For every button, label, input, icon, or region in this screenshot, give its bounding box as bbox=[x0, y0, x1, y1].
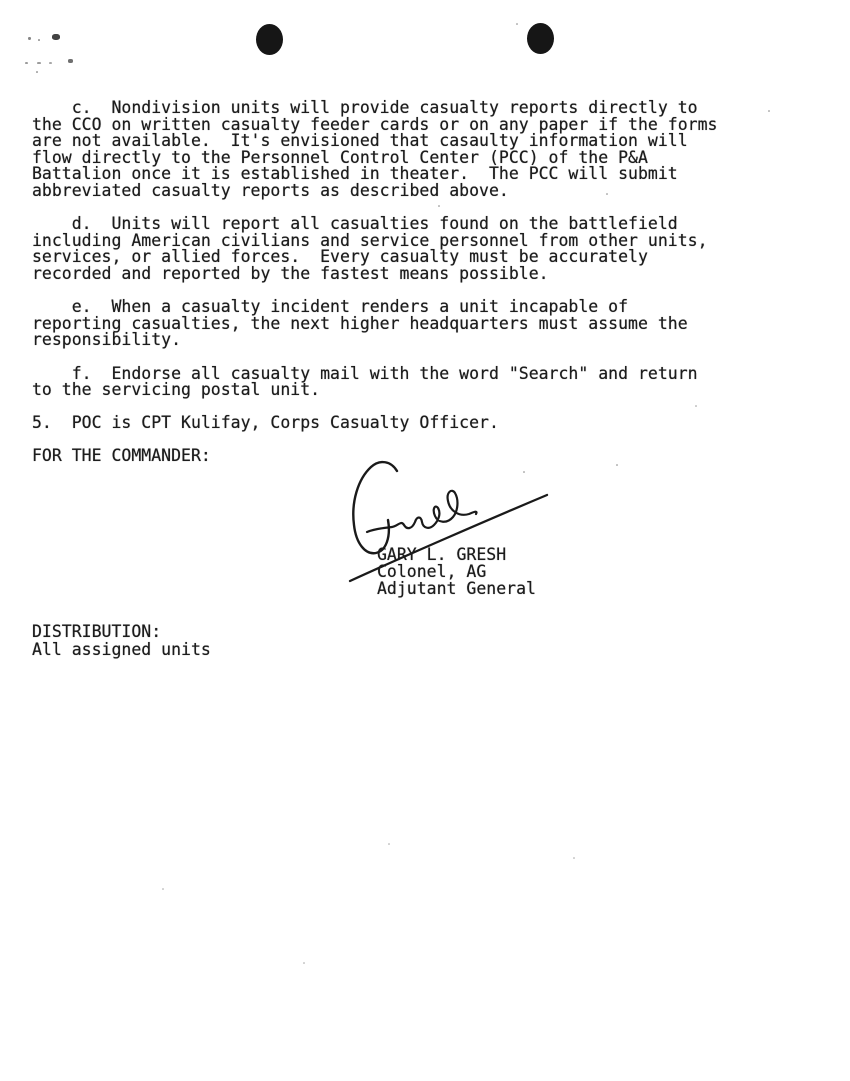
paragraph-d: d. Units will report all casualties foun… bbox=[32, 216, 792, 282]
scan-speck bbox=[162, 888, 164, 890]
scan-speck bbox=[516, 23, 518, 25]
signer-title: Adjutant General bbox=[377, 580, 536, 597]
scan-speck bbox=[573, 857, 575, 859]
document-body: c. Nondivision units will provide casual… bbox=[32, 100, 792, 465]
scan-speck bbox=[28, 37, 31, 40]
scan-speck bbox=[303, 962, 305, 964]
scan-speck bbox=[37, 62, 41, 64]
hole-punch-icon bbox=[527, 23, 554, 54]
paragraph-e: e. When a casualty incident renders a un… bbox=[32, 299, 792, 349]
hole-punch-icon bbox=[256, 24, 283, 55]
distribution-recipients: All assigned units bbox=[32, 641, 211, 659]
signer-rank: Colonel, AG bbox=[377, 563, 536, 580]
scan-speck bbox=[49, 62, 52, 64]
signer-name: GARY L. GRESH bbox=[377, 546, 536, 563]
scanned-document-page: c. Nondivision units will provide casual… bbox=[0, 0, 850, 1081]
scan-speck bbox=[388, 843, 390, 845]
scan-speck bbox=[38, 39, 40, 41]
poc-line: 5. POC is CPT Kulifay, Corps Casualty Of… bbox=[32, 415, 792, 432]
distribution-block: DISTRIBUTION: All assigned units bbox=[32, 623, 211, 658]
scan-speck bbox=[36, 71, 38, 73]
scan-speck bbox=[25, 62, 28, 64]
scan-speck bbox=[52, 34, 60, 40]
distribution-label: DISTRIBUTION: bbox=[32, 623, 211, 641]
paragraph-f: f. Endorse all casualty mail with the wo… bbox=[32, 366, 792, 399]
scan-speck bbox=[68, 59, 73, 63]
paragraph-c: c. Nondivision units will provide casual… bbox=[32, 100, 792, 200]
signature-block: GARY L. GRESH Colonel, AG Adjutant Gener… bbox=[377, 546, 536, 597]
